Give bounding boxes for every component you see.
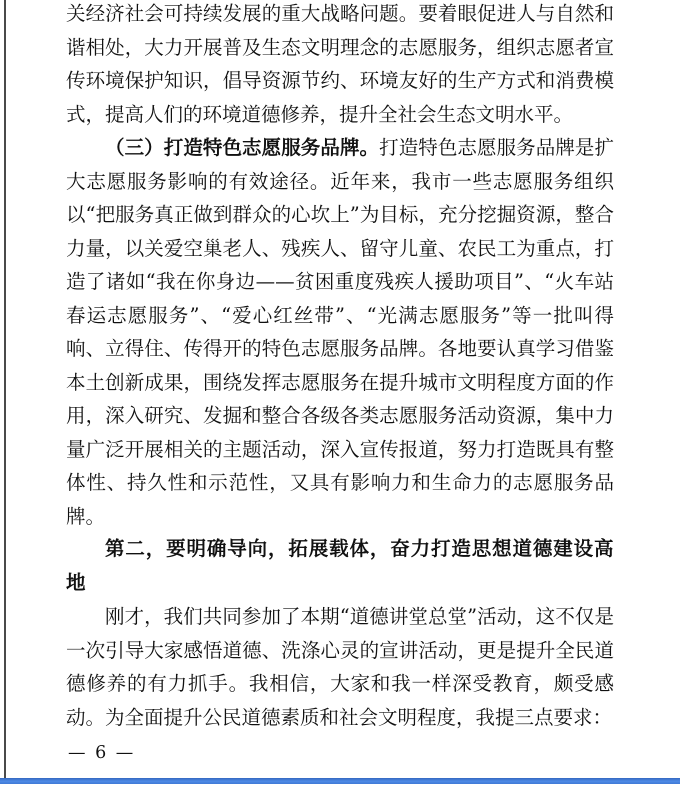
document-body: 关经济社会可持续发展的重大战略问题。要着眼促进人与自然和谐相处，大力开展普及生态…	[66, 0, 614, 734]
section-three-lead: （三）打造特色志愿服务品牌。	[105, 136, 379, 159]
paragraph-ecology-continuation: 关经济社会可持续发展的重大战略问题。要着眼促进人与自然和谐相处，大力开展普及生态…	[66, 0, 614, 131]
section-three-body: 打造特色志愿服务品牌是扩大志愿服务影响的有效途径。近年来，我市一些志愿服务组织以…	[66, 136, 614, 528]
paragraph-moral-lecture: 刚才，我们共同参加了本期“道德讲堂总堂”活动，这不仅是一次引导大家感悟道德、洗涤…	[66, 600, 614, 734]
document-page: 关经济社会可持续发展的重大战略问题。要着眼促进人与自然和谐相处，大力开展普及生态…	[0, 0, 680, 786]
paragraph-section-three: （三）打造特色志愿服务品牌。打造特色志愿服务品牌是扩大志愿服务影响的有效途径。近…	[66, 131, 614, 533]
heading-second-point: 第二，要明确导向，拓展载体，奋力打造思想道德建设高地	[66, 533, 614, 600]
page-number: — 6 —	[68, 742, 135, 764]
page-left-border	[4, 0, 6, 778]
bottom-blue-bar	[0, 778, 680, 784]
